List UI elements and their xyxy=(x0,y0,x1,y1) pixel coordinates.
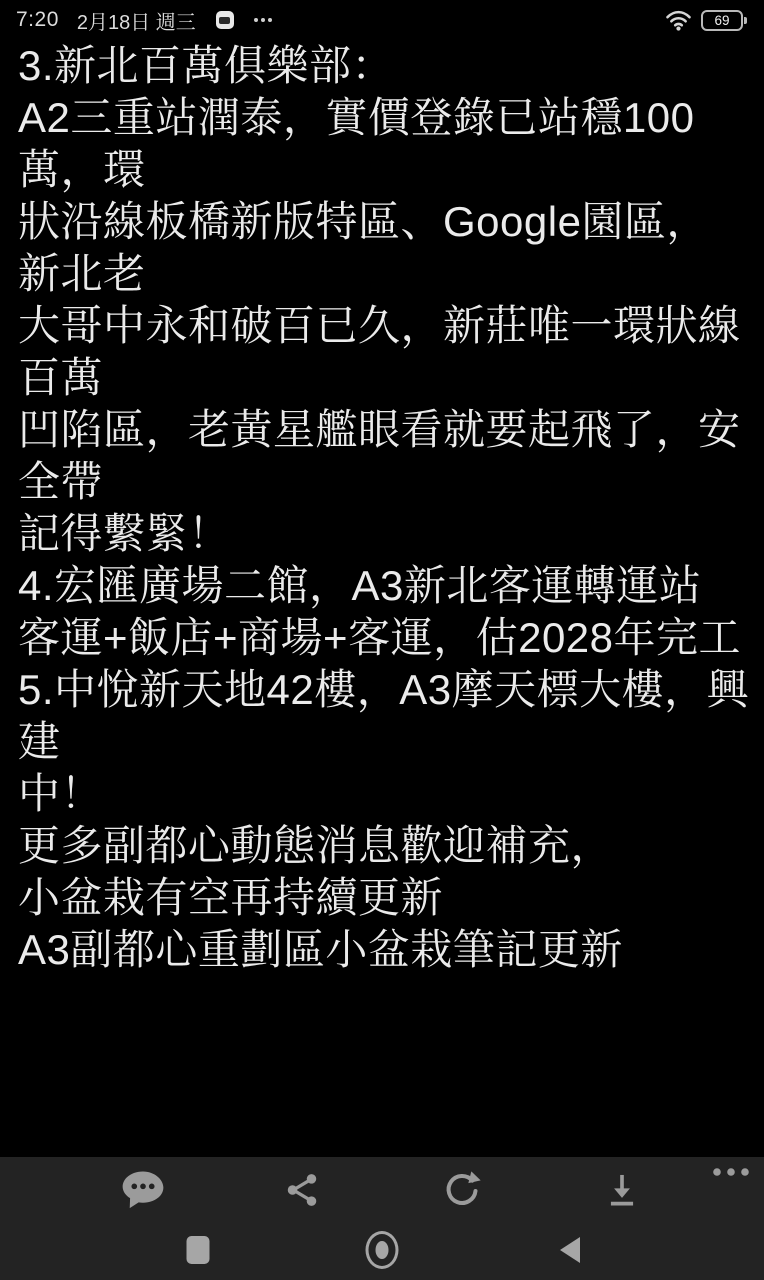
more-notifications-icon xyxy=(254,18,258,22)
paragraph-closing-note: 更多副都心動態消息歡迎補充， 小盆栽有空再持續更新 A3副都心重劃區小盆栽筆記更… xyxy=(18,820,750,976)
text-line: 記得繫緊！ xyxy=(18,510,231,557)
text-line: 狀沿線板橋新版特區、Google園區，新北老 xyxy=(18,198,709,297)
bottom-bar xyxy=(0,1157,764,1280)
download-button[interactable] xyxy=(597,1165,647,1215)
text-line: 4.宏匯廣場二館，A3新北客運轉運站 xyxy=(18,562,701,609)
refresh-button[interactable] xyxy=(436,1164,488,1216)
text-line: A3副都心重劃區小盆栽筆記更新 xyxy=(18,926,623,973)
battery-percent: 69 xyxy=(714,13,729,28)
recents-icon xyxy=(187,1236,210,1264)
home-icon xyxy=(366,1231,399,1269)
text-line: 小盆栽有空再持續更新 xyxy=(18,874,443,921)
text-line: A2三重站潤泰，實價登錄已站穩100萬，環 xyxy=(18,94,694,193)
text-line: 3.新北百萬俱樂部： xyxy=(18,42,394,89)
notification-app-badge-icon xyxy=(216,11,234,29)
nav-back-button[interactable] xyxy=(552,1229,588,1271)
nav-home-button[interactable] xyxy=(358,1223,407,1277)
more-options-button[interactable] xyxy=(705,1161,757,1183)
status-time: 7:20 xyxy=(16,8,59,32)
paragraph-honhui-plaza: 4.宏匯廣場二館，A3新北客運轉運站 客運+飯店+商場+客運，估2028年完工 xyxy=(18,560,750,664)
comment-button[interactable] xyxy=(115,1164,171,1216)
text-line: 更多副都心動態消息歡迎補充， xyxy=(18,822,613,869)
text-line: 凹陷區，老黃星艦眼看就要起飛了，安全帶 xyxy=(18,406,741,505)
screen: 7:20 2月18日 週三 69 3.新北百萬俱樂部： A2三重站潤泰，實價登錄 xyxy=(0,0,764,1280)
more-options-icon xyxy=(711,1167,751,1177)
status-left-group: 7:20 2月18日 週三 xyxy=(16,6,272,35)
status-bar: 7:20 2月18日 週三 69 xyxy=(0,0,764,40)
nav-recents-button[interactable] xyxy=(179,1228,218,1272)
post-content: 3.新北百萬俱樂部： A2三重站潤泰，實價登錄已站穩100萬，環 狀沿線板橋新版… xyxy=(0,40,764,1157)
text-line: 5.中悅新天地42樓，A3摩天標大樓，興建 xyxy=(18,666,749,765)
share-button[interactable] xyxy=(277,1165,327,1215)
status-right-group: 69 xyxy=(665,10,748,31)
battery-icon: 69 xyxy=(701,10,743,31)
wifi-icon xyxy=(665,10,692,31)
status-date: 2月18日 週三 xyxy=(77,6,196,35)
text-line: 客運+飯店+商場+客運，估2028年完工 xyxy=(18,614,741,661)
comment-bubble-icon xyxy=(121,1170,165,1210)
refresh-icon xyxy=(442,1170,482,1210)
share-icon xyxy=(283,1171,321,1209)
paragraph-chungyueh-tower: 5.中悅新天地42樓，A3摩天標大樓，興建 中！ xyxy=(18,664,750,820)
download-icon xyxy=(603,1171,641,1209)
text-line: 中！ xyxy=(18,770,103,817)
back-icon xyxy=(560,1237,580,1263)
text-line: 大哥中永和破百已久，新莊唯一環狀線百萬 xyxy=(18,302,741,401)
paragraph-newbei-million-club: 3.新北百萬俱樂部： A2三重站潤泰，實價登錄已站穩100萬，環 狀沿線板橋新版… xyxy=(18,40,750,560)
